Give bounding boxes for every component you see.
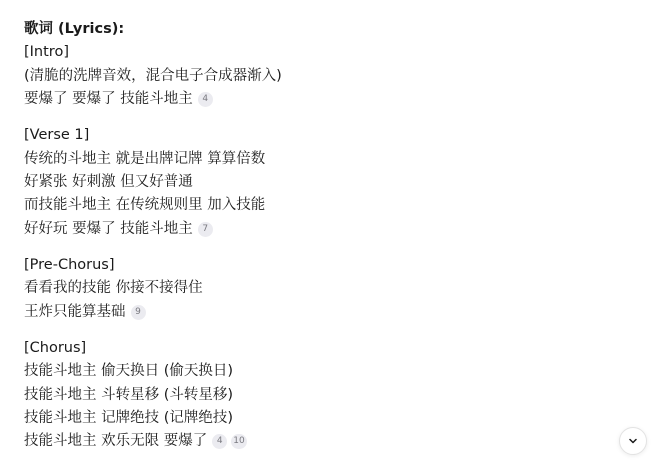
lyric-text: 看看我的技能 你接不接得住 [24,277,203,300]
citation-badge[interactable]: 9 [131,305,146,320]
section-label-chorus: [Chorus] [24,337,624,360]
section-label: [Chorus] [24,337,86,360]
section-label: [Intro] [24,41,69,64]
lyric-line: (清脆的洗牌音效，混合电子合成器渐入) [24,65,624,88]
lyric-line: 传统的斗地主 就是出牌记牌 算算倍数 [24,148,624,171]
lyric-text: 好紧张 好刺激 但又好普通 [24,171,193,194]
section-label-intro: [Intro] [24,41,624,64]
citation-badge[interactable]: 7 [198,222,213,237]
lyric-text: 技能斗地主 记牌绝技 (记牌绝技) [24,407,233,430]
section-label-verse-1: [Verse 1] [24,124,624,147]
lyric-text: 好好玩 要爆了 技能斗地主 [24,218,193,241]
citation-badge[interactable]: 4 [212,434,227,449]
section-label: [Pre-Chorus] [24,254,115,277]
lyric-line: 王炸只能算基础9 [24,301,624,324]
lyric-line: 技能斗地主 斗转星移 (斗转星移) [24,384,624,407]
lyric-text: 王炸只能算基础 [24,301,126,324]
section-label-pre-chorus: [Pre-Chorus] [24,254,624,277]
citation-badge[interactable]: 10 [231,434,246,449]
lyric-text: 技能斗地主 斗转星移 (斗转星移) [24,384,233,407]
lyrics-message: 歌词 (Lyrics): [Intro] (清脆的洗牌音效，混合电子合成器渐入)… [24,18,624,454]
lyric-text: (清脆的洗牌音效，混合电子合成器渐入) [24,65,282,88]
lyric-line: 技能斗地主 欢乐无限 要爆了410 [24,430,624,453]
lyric-line: 而技能斗地主 在传统规则里 加入技能 [24,194,624,217]
lyrics-heading: 歌词 (Lyrics): [24,18,624,41]
chevron-down-icon [627,435,639,447]
lyric-line: 好好玩 要爆了 技能斗地主7 [24,218,624,241]
scroll-to-bottom-button[interactable] [619,427,647,455]
section-spacer [24,241,624,254]
citation-badge[interactable]: 4 [198,92,213,107]
section-spacer [24,324,624,337]
lyric-line: 看看我的技能 你接不接得住 [24,277,624,300]
lyric-text: 传统的斗地主 就是出牌记牌 算算倍数 [24,148,265,171]
section-spacer [24,111,624,124]
lyric-text: 要爆了 要爆了 技能斗地主 [24,88,193,111]
lyric-text: 而技能斗地主 在传统规则里 加入技能 [24,194,265,217]
lyric-line: 要爆了 要爆了 技能斗地主4 [24,88,624,111]
lyric-line: 好紧张 好刺激 但又好普通 [24,171,624,194]
section-label: [Verse 1] [24,124,89,147]
lyric-line: 技能斗地主 偷天换日 (偷天换日) [24,360,624,383]
lyric-text: 技能斗地主 欢乐无限 要爆了 [24,430,207,453]
lyric-text: 技能斗地主 偷天换日 (偷天换日) [24,360,233,383]
lyric-line: 技能斗地主 记牌绝技 (记牌绝技) [24,407,624,430]
